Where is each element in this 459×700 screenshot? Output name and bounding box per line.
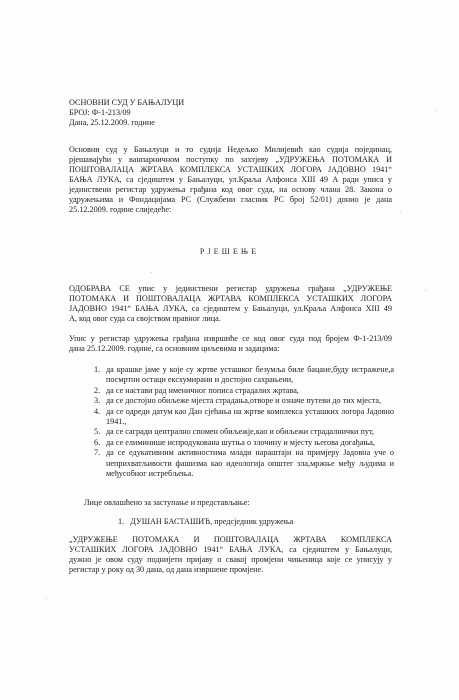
goal-number: 7. bbox=[94, 448, 106, 479]
intro-line: БАЊА ЛУКА, са сједиштем у Бањалуци, ул.К… bbox=[69, 175, 392, 185]
intro-line: Основни суд у Бањалуци и то судија Недељ… bbox=[69, 145, 392, 155]
representative-label: Лице овлашћено за заступање и представља… bbox=[84, 498, 250, 508]
scan-speck bbox=[45, 598, 47, 599]
intro-line: јединствени регистар удружења грађана ко… bbox=[69, 185, 392, 195]
scan-speck bbox=[435, 110, 437, 111]
document-page: ОСНОВНИ СУД У БАЊАЛУЦИ БРОЈ: Ф-1-213/09 … bbox=[0, 0, 459, 700]
ruling-line: ЈАДОВНО 1941“ БАЊА ЛУКА, са сједиштем у … bbox=[69, 304, 392, 314]
closing-line: дужно је овом суду поднијети пријаву о с… bbox=[69, 555, 392, 565]
document-title: РЈЕШЕЊЕ bbox=[0, 247, 459, 256]
intro-line: 25.12.2009. године слиједеће: bbox=[69, 205, 171, 215]
registration-line: Упис у регистар удружења грађана извршић… bbox=[69, 334, 392, 344]
goal-item: 1. да крашке јаме у које су жртве усташк… bbox=[94, 365, 394, 386]
case-number: БРОЈ: Ф-1-213/09 bbox=[69, 108, 131, 118]
goal-number: 4. bbox=[94, 407, 106, 428]
goal-text: да крашке јаме у које су жртве усташког … bbox=[106, 365, 394, 386]
decision-date: Дана, 25.12.2009. године bbox=[69, 118, 155, 128]
goal-number: 1. bbox=[94, 365, 106, 386]
ruling-line: ПОТОМАКА И ПОШТОВАЛАЦА ЖРТАВА КОМПЛЕКСА … bbox=[69, 294, 392, 304]
intro-line: рјешавајући у ванпарничном поступку по з… bbox=[69, 155, 392, 165]
goal-item: 5. да се сагради централно спомен обиљеж… bbox=[94, 427, 394, 437]
goal-number: 5. bbox=[94, 427, 106, 437]
goal-item: 2. да се настави рад именичног пописа ст… bbox=[94, 386, 394, 396]
goal-text: да се достојно обиљеже мјеста страдања,о… bbox=[106, 396, 394, 406]
goal-item: 6. да се елиминише испродукована шутња о… bbox=[94, 438, 394, 448]
goal-item: 4. да се одреди датум као Дан сјећања на… bbox=[94, 407, 394, 428]
goals-list: 1. да крашке јаме у које су жртве усташк… bbox=[94, 365, 394, 479]
court-name: ОСНОВНИ СУД У БАЊАЛУЦИ bbox=[69, 98, 184, 108]
representative-item: 1. ДУШАН БАСТАШИЋ, предсједник удружења bbox=[118, 517, 293, 527]
ruling-line: ОДОБРАВА СЕ упис у јединствени регистар … bbox=[69, 284, 392, 294]
goal-text: да се одреди датум као Дан сјећања на жр… bbox=[106, 407, 394, 428]
representative-text: ДУШАН БАСТАШИЋ, предсједник удружења bbox=[130, 517, 293, 526]
goal-number: 2. bbox=[94, 386, 106, 396]
closing-line: „УДРУЖЕЊЕ ПОТОМАКА И ПОШТОВАЛАЦА ЖРТАВА … bbox=[69, 535, 392, 545]
representative-number: 1. bbox=[118, 517, 124, 526]
intro-line: удружењима и Фондацијама РС (Службени гл… bbox=[69, 195, 392, 205]
goal-number: 6. bbox=[94, 438, 106, 448]
goal-item: 7. да се едукативним активностима млади … bbox=[94, 448, 394, 479]
goal-text: да се настави рад именичног пописа страд… bbox=[106, 386, 394, 396]
ruling-line: А, код овог суда са својством правног ли… bbox=[69, 314, 221, 324]
scan-speck bbox=[425, 290, 427, 291]
closing-line: УСТАШКИХ ЛОГОРА ЈАДОВНО 1941“ БАЊА ЛУКА,… bbox=[69, 545, 392, 555]
goal-item: 3. да се достојно обиљеже мјеста страдањ… bbox=[94, 396, 394, 406]
intro-line: ПОШТОВАЛАЦА ЖРТАВА КОМПЛЕКСА УСТАШКИХ ЛО… bbox=[69, 165, 392, 175]
goal-text: да се елиминише испродукована шутња о зл… bbox=[106, 438, 394, 448]
scan-speck bbox=[150, 272, 152, 273]
goal-number: 3. bbox=[94, 396, 106, 406]
registration-line: дана 25.12.2009. године, са основним циљ… bbox=[69, 344, 279, 354]
goal-text: да се сагради централно спомен обиљежје,… bbox=[106, 427, 394, 437]
goal-text: да се едукативним активностима млади нар… bbox=[106, 448, 394, 479]
scan-speck bbox=[400, 212, 402, 213]
closing-line: регистар у року од 30 дана, од дана извр… bbox=[69, 565, 263, 575]
